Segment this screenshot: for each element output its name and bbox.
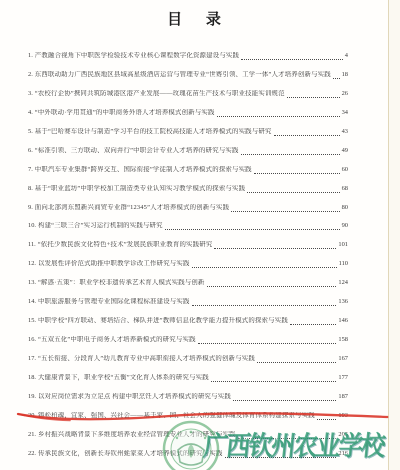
toc-entry-page-number: 193 <box>338 412 348 420</box>
dot-leader <box>238 436 337 439</box>
dot-leader <box>233 398 336 401</box>
toc-entry-title: “五长衔接、分段育人”幼儿教育专业中高职衔接人才培养模式的创新与实践 <box>38 355 255 363</box>
page-scan-margin <box>389 0 400 470</box>
toc-entry-number: 16. <box>28 336 36 344</box>
dot-leader <box>214 246 336 249</box>
toc-entry: 2. 东西联动助力广西民族地区县域高星级酒店运营与管理专业“世赛引领、工学一体”… <box>28 71 348 79</box>
toc-entry: 14. 中职旅游服务与管理专业国际化课程标准建设与实践 136 <box>28 298 348 306</box>
page-title: 目 录 <box>0 8 388 29</box>
toc-entry-title: “五双五化”中职电子商务人才培养新模式的研究与实践 <box>38 336 196 344</box>
toc-entry: 7. 中职汽车专业集群“跨界交互、国际衔接”学徒制人才培养模式的探索与实践 60 <box>28 166 348 174</box>
toc-entry-number: 5. <box>28 128 33 136</box>
toc-entry-page-number: 43 <box>342 128 348 136</box>
toc-entry: 5. 基于“巴哈赛车设计与制造”学习平台的技工院校高技能人才培养模式的实践与研究… <box>28 128 348 136</box>
toc-entry-page-number: 205 <box>338 431 348 439</box>
toc-entry: 21. 乡村振兴战略背景下多维度培养农业经营管理专业人才的研究与实践 205 <box>28 431 348 439</box>
dot-leader <box>241 152 340 155</box>
toc-entry-number: 8. <box>28 185 33 193</box>
toc-entry-page-number: 167 <box>338 355 348 363</box>
toc-entry: 4. “中外联动·学用贯通”的中职商务外语人才培养模式创新与实践 34 <box>28 109 348 117</box>
toc-entry-title: “标准引领、三方联动、双向并行”中职会计专业人才培养的研究与实践 <box>35 147 239 155</box>
toc-entry: 18. 大健康背景下，职业学校“五衡”文化育人体系的研究与实践 177 <box>28 374 348 382</box>
toc-entry-page-number: 4 <box>345 52 348 60</box>
toc-entry-title: 大健康背景下，职业学校“五衡”文化育人体系的研究与实践 <box>38 374 209 382</box>
toc-entry-title: 乡村振兴战略背景下多维度培养农业经营管理专业人才的研究与实践 <box>38 431 236 439</box>
toc-entry-page-number: 216 <box>338 450 348 458</box>
toc-entry-number: 13. <box>28 279 36 287</box>
dot-leader <box>192 303 337 306</box>
toc-entry-number: 12. <box>28 260 36 268</box>
toc-entry-page-number: 68 <box>342 185 348 193</box>
dot-leader <box>198 341 337 344</box>
toc-entry: 12. 以发展性评价范式助推中职教学诊改工作研究与实践 110 <box>28 260 348 268</box>
toc-entry-number: 10. <box>28 222 36 230</box>
toc-entry-title: 以对应岗位需求为立足点 构建中职烹饪人才培养模式的研究与实践 <box>38 393 231 401</box>
toc-entry-page-number: 187 <box>338 393 348 401</box>
toc-entry-title: “解惑·五策”：职业学校非遗传承艺术育人模式实践与创新 <box>38 279 205 287</box>
toc-entry-title: 传承民族文化，创新长寿钦州蚝家菜人才培养模式的研究与实践 <box>38 450 223 458</box>
toc-entry-number: 19. <box>28 393 36 401</box>
toc-entry-page-number: 49 <box>342 147 348 155</box>
toc-entry: 19. 以对应岗位需求为立足点 构建中职烹饪人才培养模式的研究与实践 187 <box>28 393 348 401</box>
toc-entry-title: 中职旅游服务与管理专业国际化课程标准建设与实践 <box>38 298 190 306</box>
dot-leader <box>290 322 336 325</box>
toc-entry: 11. “依托少数民族文化特色+技术”发展民族职业教育的实践研究 101 <box>28 241 348 249</box>
toc-entry-page-number: 26 <box>342 90 348 98</box>
dot-leader <box>241 57 343 60</box>
toc-entry-number: 21. <box>28 431 36 439</box>
toc-entry-number: 11. <box>28 241 36 249</box>
toc-entry-title: 产教融合视角下中职医学检验技术专业核心课程数字化资源建设与实践 <box>35 52 239 60</box>
toc-entry-title: “依托少数民族文化特色+技术”发展民族职业教育的实践研究 <box>38 241 213 249</box>
toc-entry-title: 基于“职业蓝坊”中职学校加工制造类专业认知实习教学模式的探索与实践 <box>35 185 245 193</box>
toc-entry-page-number: 18 <box>342 71 348 79</box>
toc-entry-page-number: 177 <box>338 374 348 382</box>
toc-entry-title: 东西联动助力广西民族地区县域高星级酒店运营与管理专业“世赛引领、工学一体”人才培… <box>35 71 331 79</box>
toc-entry-title: 面向北部湾东盟新兴商贸专业群“12345”人才培养模式的创新与实践 <box>35 204 229 212</box>
toc-entry-number: 4. <box>28 109 33 117</box>
toc-entry-title: “中外联动·学用贯通”的中职商务外语人才培养模式创新与实践 <box>35 109 215 117</box>
dot-leader <box>254 171 340 174</box>
toc-entry-number: 3. <box>28 90 33 98</box>
toc-entry-page-number: 110 <box>339 260 348 268</box>
toc-entry-number: 2. <box>28 71 33 79</box>
dot-leader <box>333 76 340 79</box>
toc-entry-number: 7. <box>28 166 33 174</box>
toc-entry-page-number: 60 <box>342 166 348 174</box>
toc-entry: 3. “农校行企协”携同共筑防城港区港产业发展——玫瑰花苗生产技术与职业技能实训… <box>28 90 348 98</box>
toc-entry: 10. 构建“三联三合”实习运行机制的实践与研究 90 <box>28 222 348 230</box>
toc-entry-title: 中职学校“四方联动、赛培结合、梯队并进”教师信息化教学能力提升模式的探索与实践 <box>38 317 288 325</box>
toc-entry-page-number: 101 <box>338 241 348 249</box>
toc-entry-title: 铸松柏魂，宜家、强国、兴社会——基于家、国、社会人的强健体魄及体育体系构建探索与… <box>38 412 315 420</box>
dot-leader <box>225 455 337 458</box>
toc-entry-title: 中职汽车专业集群“跨界交互、国际衔接”学徒制人才培养模式的探索与实践 <box>35 166 252 174</box>
dot-leader <box>274 133 340 136</box>
toc-entry-page-number: 146 <box>338 317 348 325</box>
dot-leader <box>247 190 339 193</box>
toc-entry: 1. 产教融合视角下中职医学检验技术专业核心课程数字化资源建设与实践 4 <box>28 52 348 60</box>
dot-leader <box>287 95 340 98</box>
dot-leader <box>257 360 336 363</box>
dot-leader <box>207 284 337 287</box>
toc-list: 1. 产教融合视角下中职医学检验技术专业核心课程数字化资源建设与实践 4 2. … <box>28 52 348 458</box>
toc-entry-number: 22. <box>28 450 36 458</box>
toc-entry: 16. “五双五化”中职电子商务人才培养新模式的研究与实践 158 <box>28 336 348 344</box>
toc-entry-number: 14. <box>28 298 36 306</box>
toc-entry-title: 构建“三联三合”实习运行机制的实践与研究 <box>38 222 163 230</box>
toc-entry-title: 基于“巴哈赛车设计与制造”学习平台的技工院校高技能人才培养模式的实践与研究 <box>35 128 272 136</box>
toc-entry-title: “农校行企协”携同共筑防城港区港产业发展——玫瑰花苗生产技术与职业技能实训规范 <box>35 90 285 98</box>
scanned-toc-page: 目 录 1. 产教融合视角下中职医学检验技术专业核心课程数字化资源建设与实践 4… <box>0 0 400 470</box>
toc-entry: 13. “解惑·五策”：职业学校非遗传承艺术育人模式实践与创新 124 <box>28 279 348 287</box>
toc-entry-page-number: 136 <box>338 298 348 306</box>
toc-entry-page-number: 158 <box>338 336 348 344</box>
dot-leader <box>231 209 339 212</box>
toc-entry: 8. 基于“职业蓝坊”中职学校加工制造类专业认知实习教学模式的探索与实践 68 <box>28 185 348 193</box>
toc-entry-number: 9. <box>28 204 33 212</box>
toc-entry-page-number: 90 <box>342 222 348 230</box>
toc-entry-number: 1. <box>28 52 33 60</box>
dot-leader <box>165 227 340 230</box>
toc-entry: 6. “标准引领、三方联动、双向并行”中职会计专业人才培养的研究与实践 49 <box>28 147 348 155</box>
toc-entry: 9. 面向北部湾东盟新兴商贸专业群“12345”人才培养模式的创新与实践 80 <box>28 204 348 212</box>
toc-entry: 22. 传承民族文化，创新长寿钦州蚝家菜人才培养模式的研究与实践 216 <box>28 450 348 458</box>
toc-entry: 15. 中职学校“四方联动、赛培结合、梯队并进”教师信息化教学能力提升模式的探索… <box>28 317 348 325</box>
toc-entry-title: 以发展性评价范式助推中职教学诊改工作研究与实践 <box>38 260 190 268</box>
toc-entry-number: 17. <box>28 355 36 363</box>
toc-entry-page-number: 80 <box>342 204 348 212</box>
toc-entry-number: 15. <box>28 317 36 325</box>
dot-leader <box>192 265 337 268</box>
toc-entry: 17. “五长衔接、分段育人”幼儿教育专业中高职衔接人才培养模式的创新与实践 1… <box>28 355 348 363</box>
toc-entry-number: 18. <box>28 374 36 382</box>
toc-entry-page-number: 124 <box>338 279 348 287</box>
dot-leader <box>211 379 337 382</box>
dot-leader <box>317 417 337 420</box>
toc-entry-page-number: 34 <box>342 109 348 117</box>
dot-leader <box>217 114 340 117</box>
toc-entry-number: 20. <box>28 412 36 420</box>
toc-entry: 20. 铸松柏魂，宜家、强国、兴社会——基于家、国、社会人的强健体魄及体育体系构… <box>28 412 348 420</box>
toc-entry-number: 6. <box>28 147 33 155</box>
